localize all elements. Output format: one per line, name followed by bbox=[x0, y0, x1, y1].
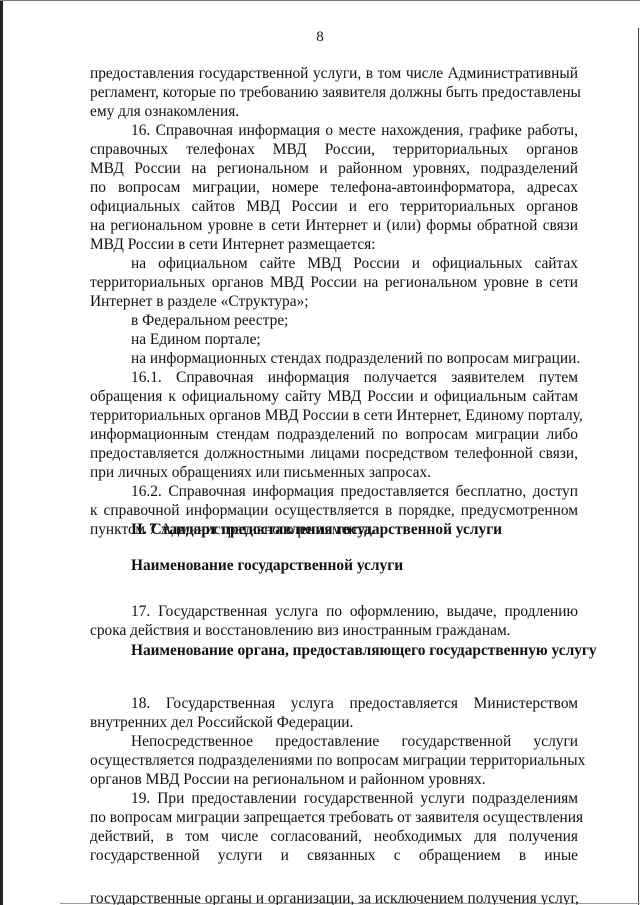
text-line: 19. При предоставлении государственной у… bbox=[131, 789, 578, 808]
scan-border-left bbox=[0, 0, 3, 905]
text-line: внутренних дел Российской Федерации. bbox=[90, 713, 578, 732]
text-line: 18. Государственная услуга предоставляет… bbox=[131, 694, 578, 713]
text-line: официальных сайтов МВД России и его терр… bbox=[90, 197, 578, 216]
text-line: 16.2. Справочная информация предоставляе… bbox=[131, 482, 578, 501]
text-line: обращения к официальному сайту МВД Росси… bbox=[90, 387, 578, 406]
text-line: по вопросам миграции запрещается требова… bbox=[90, 808, 578, 827]
text-line: в Федеральном реестре; bbox=[131, 311, 578, 330]
text-line: по вопросам миграции, номере телефона-ав… bbox=[90, 178, 578, 197]
text-line: на Едином портале; bbox=[131, 330, 578, 349]
text-line: территориальных органов МВД России на ре… bbox=[90, 273, 578, 292]
document-page: 8 предоставления государственной услуги,… bbox=[0, 0, 640, 905]
text-line: на официальном сайте МВД России и официа… bbox=[131, 254, 578, 273]
text-line: к справочной информации осуществляется в… bbox=[90, 501, 578, 520]
section-heading: II. Стандарт предоставления государствен… bbox=[131, 520, 502, 539]
text-line: при личных обращениях или письменных зап… bbox=[90, 463, 578, 482]
text-line: осуществляется подразделениями по вопрос… bbox=[90, 751, 578, 770]
text-line: срока действия и восстановлению виз инос… bbox=[90, 621, 578, 640]
text-line: Интернет в разделе «Структура»; bbox=[90, 292, 578, 311]
text-line: регламент, которые по требованию заявите… bbox=[90, 83, 578, 102]
text-line: органов МВД России на региональном и рай… bbox=[90, 770, 578, 789]
text-line: на региональном уровне в сети Интернет и… bbox=[90, 216, 578, 235]
text-line: предоставляется должностными лицами поср… bbox=[90, 444, 578, 463]
scan-border-right bbox=[638, 28, 639, 905]
text-line: территориальных органов МВД России в сет… bbox=[90, 406, 578, 425]
text-line: МВД России на региональном и районном ур… bbox=[90, 159, 578, 178]
page-number: 8 bbox=[0, 28, 640, 46]
text-line: государственные органы и организации, за… bbox=[90, 889, 578, 905]
scan-border-top bbox=[0, 0, 640, 1]
text-line: 16.1. Справочная информация получается з… bbox=[131, 368, 578, 387]
section-heading: Наименование органа, предоставляющего го… bbox=[131, 641, 597, 660]
text-line: 17. Государственная услуга по оформлению… bbox=[131, 602, 578, 621]
text-line: действий, в том числе согласований, необ… bbox=[90, 827, 578, 846]
text-line: государственной услуги и связанных с обр… bbox=[90, 846, 578, 865]
text-line: информационным стендам подразделений по … bbox=[90, 425, 578, 444]
text-line: предоставления государственной услуги, в… bbox=[90, 64, 578, 83]
text-line: МВД России в сети Интернет размещается: bbox=[90, 235, 578, 254]
text-line: 16. Справочная информация о месте нахожд… bbox=[131, 121, 578, 140]
section-heading: Наименование государственной услуги bbox=[131, 556, 403, 575]
text-line: ему для ознакомления. bbox=[90, 102, 578, 121]
text-line: на информационных стендах подразделений … bbox=[131, 349, 578, 368]
text-line: Непосредственное предоставление государс… bbox=[131, 732, 578, 751]
text-line: справочных телефонах МВД России, террито… bbox=[90, 140, 578, 159]
